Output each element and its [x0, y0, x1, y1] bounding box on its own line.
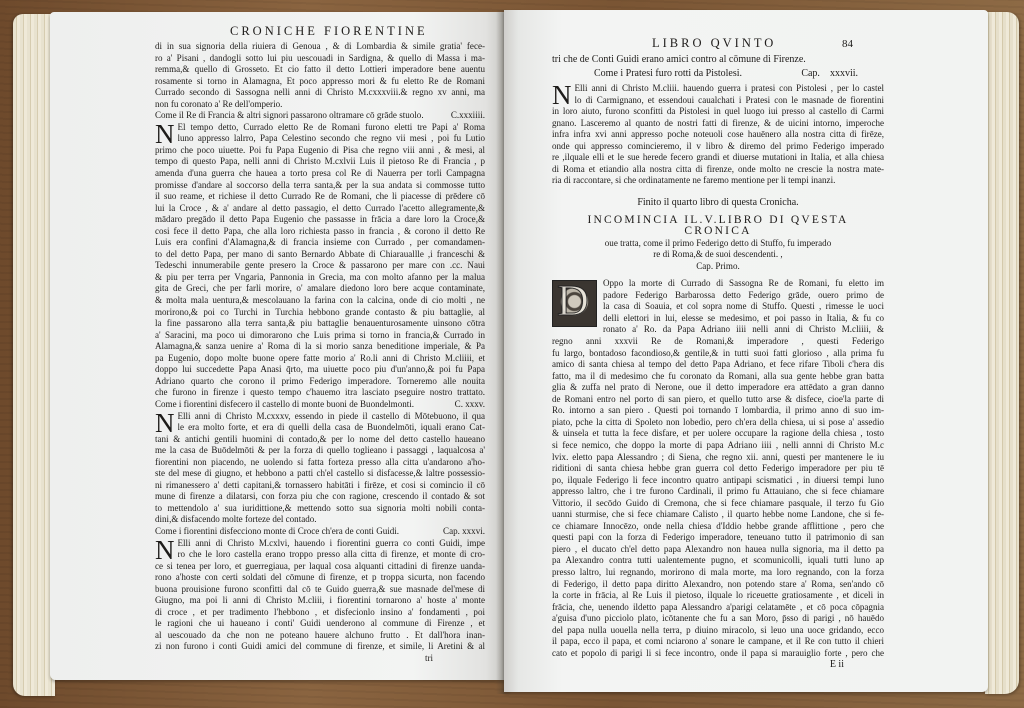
incipit-heading: INCOMINCIA IL.V.LIBRO DI QVESTA CRONICA — [552, 215, 884, 238]
text-line: ni rimanessero a' detti capitani,& torna… — [155, 480, 485, 492]
text-line: Currado secondo di Sassogna nelli anni d… — [155, 87, 485, 99]
text-line: glia & zuffa nel prato di Nerone, oue il… — [552, 382, 884, 394]
text-line: regno anni xxxvii Re de Romani,& imperad… — [552, 336, 884, 348]
left-page-text: di in sua signoria della riuiera di Geno… — [155, 41, 485, 665]
drop-cap: N — [552, 84, 572, 106]
chapter-number: C.xxxiiii. — [451, 110, 485, 122]
folio-number: 84 — [842, 38, 853, 50]
text-line: Elli anni di Christo M.cxxxv, essendo in… — [178, 411, 486, 423]
text-line: re ,ilquale elli et le sue herede fecero… — [552, 152, 884, 164]
running-head-right: LIBRO QVINTO — [652, 36, 776, 51]
text-line: a' Saracini, ma poco ui dimorarono che L… — [155, 330, 485, 342]
text-line: infra infra xvi anni appresso poche note… — [552, 129, 884, 141]
text-line: lo di Carmignano, et essendoui caualchat… — [575, 95, 885, 107]
text-line: de Romani entro nel porto di san piero, … — [552, 394, 884, 406]
text-line: questi papi con la forza di Federigo imp… — [552, 532, 884, 544]
text-line: primo che poco uiuette. Poi fu Papa Euge… — [155, 145, 485, 157]
text-line: di croce , et per tradimento l'hebbono ,… — [155, 607, 485, 619]
woodcut-initial-ornament-icon: D — [552, 280, 597, 327]
text-line: Elli anni di Christo M.cliii. hauendo gu… — [575, 83, 885, 95]
chapter-title: Come il Re di Francia & altri signori pa… — [155, 110, 424, 122]
right-page-stack-edge — [985, 12, 1019, 694]
text-line: ronato a' Ro. da Papa Adriano iiii nelli… — [603, 324, 884, 336]
text-line: di in sua signoria della riuiera di Geno… — [155, 41, 485, 53]
text-line: Ro. intorno a san piero . Questi poi tor… — [552, 405, 884, 417]
drop-cap: N — [155, 539, 175, 561]
text-line: & molta mala uentura,& mescolauano la fa… — [155, 295, 485, 307]
text-line: to mettendolo a' sua iuridittione,& mett… — [155, 503, 485, 515]
incipit-subtitle: re di Roma,& de suoi descendenti. , — [552, 249, 884, 261]
text-line: gnano. Lasceremo al quanto de nostri fat… — [552, 118, 884, 130]
text-line: ce chiamare Innocēzo, onde nella chiesa … — [552, 521, 884, 533]
text-line: Elli anni di Christo M.cxlvi, hauendo i … — [178, 538, 486, 550]
text-line: tempo di questo Papa, nelli anni di Chri… — [155, 156, 485, 168]
text-line: lui la Croce , & a' andare al detto pass… — [155, 203, 485, 215]
text-line: rono a'hoste con certi soldati del cōmun… — [155, 572, 485, 584]
text-line: del papa nulla uouella nella terra, p di… — [552, 625, 884, 637]
text-line: cosi fece il detto Papa, che alla loro r… — [155, 226, 485, 238]
text-line: fatto, ma il di medesimo che fu coronato… — [552, 371, 884, 383]
chapter-body: D Oppo la morte di Currado di Sassogna R… — [552, 278, 884, 659]
text-line: mādaro pregādo il detto Papa Eugenio che… — [155, 214, 485, 226]
text-line: & uinsela et tutta la fece disfare, et p… — [552, 428, 884, 440]
chapter-number: Cap. xxxvi. — [443, 526, 485, 538]
text-line: non fu coronato a' Re dell'omperio. — [155, 99, 485, 111]
text-line: frācia, che, uenendo ildetto papa Alessa… — [552, 602, 884, 614]
text-line: che furono in firenze i questo tempo c'h… — [155, 387, 485, 399]
text-line: ro a' Pisani , dandogli sotto lui piu ue… — [155, 53, 485, 65]
text-line: la fine passarono alla terra santa,& piu… — [155, 318, 485, 330]
signature-mark: E ii — [552, 659, 884, 671]
chapter-label: Cap. Primo. — [552, 261, 884, 273]
woodcut-initial-letter: D — [557, 280, 589, 323]
catchword: tri — [155, 653, 485, 665]
text-line: pa Alexandro contra tutti ualentemente p… — [552, 555, 884, 567]
text-line: zi non furono i conti Guidi amici del co… — [155, 641, 485, 653]
text-line: tani & antichi gentili huomini di contad… — [155, 434, 485, 446]
text-line: appresso laltro, che i tre furono Cardin… — [552, 486, 884, 498]
text-line: po, ilquale Federigo li fece incontro qu… — [552, 475, 884, 487]
text-line: gita de Greci, che per farli morire, o' … — [155, 283, 485, 295]
chapter-title: Come i fiorentini disfecciono monte di C… — [155, 526, 399, 538]
text-line: la corte in frācia, al Re Luis il pietos… — [552, 590, 884, 602]
text-line: ste del mese di giugno, et hebbono a pat… — [155, 468, 485, 480]
text-line: fu largo, bontadoso facondioso,& gentile… — [552, 348, 884, 360]
text-line: lvix. eletto papa Alessandro ; di Siena,… — [552, 452, 884, 464]
text-line: amico di santa chiesa al tempo del detto… — [552, 359, 884, 371]
text-line: di Federigo, il detto papa diritto Alexa… — [552, 579, 884, 591]
text-line: riditioni di santa chiesa hebbe gran gue… — [552, 463, 884, 475]
text-line: al uescouado da che non ne poteano hauer… — [155, 630, 485, 642]
chapter-heading: Come il Re di Francia & altri signori pa… — [155, 110, 485, 122]
chapter-title: Come i Pratesi furo rotti da Pistolesi. — [594, 68, 742, 80]
chapter-heading: Come i fiorentini disfecciono monte di C… — [155, 526, 485, 538]
text-line: rosamente si torno in Alamagna, Et poco … — [155, 76, 485, 88]
text-line: buona prouisione furono sconfitti dal cō… — [155, 584, 485, 596]
text-line: la casa di Soauia, et col sopra nome di … — [603, 301, 884, 313]
text-line: Oppo la morte di Currado di Sassogna Re … — [603, 278, 884, 290]
chapter-body: N El tempo detto, Currado eletto Re de R… — [155, 122, 485, 399]
text-line: le era molto forte, et era di quelli del… — [178, 422, 486, 434]
chapter-number: Cap. xxxvii. — [801, 68, 858, 80]
running-head-left: CRONICHE FIORENTINE — [230, 24, 428, 39]
text-line: delli elettori in lui, elesse se medesim… — [603, 313, 884, 325]
text-line: me la casa de Buōdelmōti & per la forza … — [155, 445, 485, 457]
explicit-book-four: Finito il quarto libro di questa Cronich… — [552, 197, 884, 209]
text-line: & piu per terra per Vngaria, Pannonia in… — [155, 272, 485, 284]
chapter-heading: Come i Pratesi furo rotti da Pistolesi. … — [552, 66, 884, 84]
right-page: LIBRO QVINTO 84 tri che de Conti Guidi e… — [504, 10, 988, 692]
text-line: le ragioni che ui haueano i conti' Guidi… — [155, 618, 485, 630]
text-line: ce si tenea per loro, et guerregiaua, pe… — [155, 561, 485, 573]
text-line: doppo lui succedette Papa Anasi q̄rto, m… — [155, 364, 485, 376]
drop-cap: N — [155, 123, 175, 145]
text-line: amenda d'una guerra che hauea a torto pr… — [155, 168, 485, 180]
text-line: padore Federigo Barbarossa detto Federig… — [603, 290, 884, 302]
text-line: Luis era confini d'Alamagna,& di francia… — [155, 237, 485, 249]
text-line: morirono,& poi co Turchi in Turchia hebb… — [155, 307, 485, 319]
text-line: presso laltro, lui regnando, morirono di… — [552, 567, 884, 579]
text-line: pa Eugenio, dopo molte buone opere fatte… — [155, 353, 485, 365]
text-line: onde qui appresso comincieremo, il v lib… — [552, 141, 884, 153]
text-line: uanni sturmise, che si fece chiamare Cal… — [552, 509, 884, 521]
right-page-text: tri che de Conti Guidi erano amici contr… — [552, 54, 884, 671]
text-line: El tempo detto, Currado eletto Re de Rom… — [178, 122, 486, 134]
text-line: to del detto Papa, per mano di santo Ber… — [155, 249, 485, 261]
text-line: tri che de Conti Guidi erano amici contr… — [552, 54, 884, 66]
chapter-heading: Come i fiorentini disfecero il castello … — [155, 399, 485, 411]
chapter-title: Come i fiorentini disfecero il castello … — [155, 399, 414, 411]
left-page-stack-edge — [13, 14, 55, 696]
left-page: CRONICHE FIORENTINE di in sua signoria d… — [50, 12, 504, 680]
text-line: mune di firenze a dilatarsi, con forza p… — [155, 491, 485, 503]
text-line: di Roma et etiandio alla nostra citta di… — [552, 164, 884, 176]
text-line: Giugno, ma poi li anni di Christo M.clii… — [155, 595, 485, 607]
text-line: il suo reame, et richiese il detto Curra… — [155, 191, 485, 203]
drop-cap: N — [155, 412, 175, 434]
text-line: Tedeschi innumerabile gente presero la C… — [155, 260, 485, 272]
text-line: dini,& disfacendo molte forteze del cont… — [155, 514, 485, 526]
chapter-body: N Elli anni di Christo M.cliii. hauendo … — [552, 83, 884, 187]
text-line: Alamagna,& sanza uenire a' Roma di la si… — [155, 341, 485, 353]
text-line: in loro aiuto, furono sconfitti da Pisto… — [552, 106, 884, 118]
text-line: Adriano quarto che corono il primo Feder… — [155, 376, 485, 388]
chapter-body: N Elli anni di Christo M.cxxxv, essendo … — [155, 411, 485, 526]
text-line: Vittorio, il secōdo Guido di Cremona, ch… — [552, 498, 884, 510]
chapter-number: C. xxxv. — [455, 399, 485, 411]
text-line: si fece nemico, che doppo la morte di pa… — [552, 440, 884, 452]
text-line: il papa, ecco il papa, et comi nciarono … — [552, 636, 884, 648]
text-line: ro che le loro castella erano troppo pre… — [178, 549, 486, 561]
text-line: a'guisa d'uno picciolo plato, icōtanente… — [552, 613, 884, 625]
text-line: promisse d'andare al soccorso della terr… — [155, 180, 485, 192]
text-line: luno appresso lalrro, Papa Celestino sec… — [178, 133, 486, 145]
text-line: piato, pche la citta di Spoleto non lobe… — [552, 417, 884, 429]
text-line: ria di raccontare, si che ordinatamente … — [552, 175, 884, 187]
text-line: piero , el ducato ch'el detto papa Alexa… — [552, 544, 884, 556]
text-line: cato et popolo di parigi li si fece inco… — [552, 648, 884, 660]
text-line: remma,& quello di Grosseto. Et cio fatto… — [155, 64, 485, 76]
incipit-subtitle: oue tratta, come il primo Federigo detto… — [552, 238, 884, 250]
chapter-body: N Elli anni di Christo M.cxlvi, hauendo … — [155, 538, 485, 653]
text-line: fiorentini non piacendo, ne uolendo si f… — [155, 457, 485, 469]
